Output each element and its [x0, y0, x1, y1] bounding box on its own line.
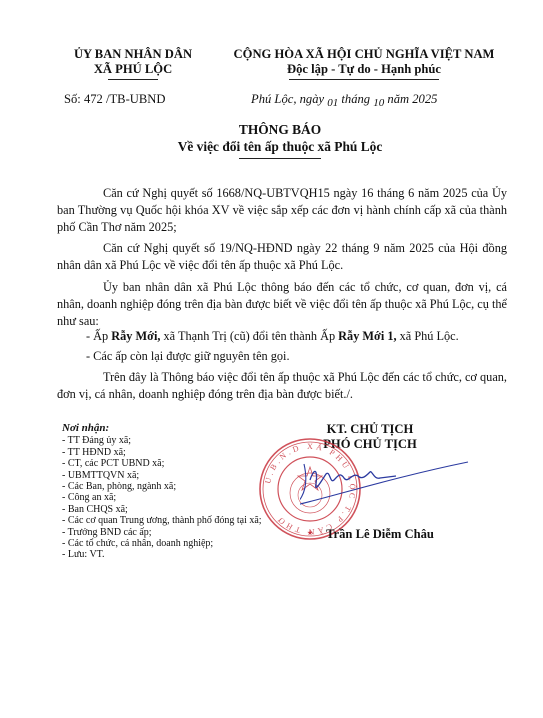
agency-line-1: ỦY BAN NHÂN DÂN [58, 47, 208, 62]
nation-line-1: CỘNG HÒA XÃ HỘI CHỦ NGHĨA VIỆT NAM [218, 47, 510, 62]
national-motto: CỘNG HÒA XÃ HỘI CHỦ NGHĨA VIỆT NAM Độc l… [218, 47, 510, 80]
title-subject: Về việc đổi tên ấp thuộc xã Phú Lộc [40, 138, 520, 155]
title-type: THÔNG BÁO [40, 121, 520, 138]
date-place: Phú Lộc, ngày [251, 92, 327, 106]
motto-underline [289, 79, 439, 80]
paragraph-legal-basis-2: Căn cứ Nghị quyết số 19/NQ-HĐND ngày 22 … [57, 240, 507, 274]
paragraph-announcement: Ủy ban nhân dân xã Phú Lộc thông báo đến… [57, 279, 507, 330]
item-middle: xã Thạnh Trị (cũ) đổi tên thành Ấp [160, 329, 338, 343]
recipient-item: - Các Ban, phòng, ngành xã; [62, 481, 262, 492]
recipient-item: - Công an xã; [62, 492, 262, 503]
handwritten-signature-icon [300, 450, 470, 520]
date-year: năm 2025 [384, 92, 437, 106]
recipient-item: - Trưởng BND các ấp; [62, 527, 262, 538]
recipient-item: - CT, các PCT UBND xã; [62, 458, 262, 469]
recipients-heading: Nơi nhận: [62, 423, 262, 434]
recipients-list: Nơi nhận: - TT Đảng ủy xã; - TT HĐND xã;… [62, 423, 262, 561]
issuing-agency: ỦY BAN NHÂN DÂN XÃ PHÚ LỘC [58, 47, 208, 80]
new-hamlet-name: Rẫy Mới 1, [338, 329, 396, 343]
document-number: Số: 472 /TB-UBND [64, 92, 165, 107]
list-item-rename: - Ấp Rẫy Mới, xã Thạnh Trị (cũ) đổi tên … [86, 328, 459, 345]
signature-line-1: KT. CHỦ TỊCH [300, 422, 440, 437]
date-month-label: tháng [338, 92, 373, 106]
signer-name: Trần Lê Diễm Châu [300, 527, 460, 542]
recipient-item: - TT HĐND xã; [62, 447, 262, 458]
item-prefix: - Ấp [86, 329, 111, 343]
recipient-item: - Các tổ chức, cá nhân, doanh nghiệp; [62, 538, 262, 549]
agency-line-2: XÃ PHÚ LỘC [58, 62, 208, 77]
document-date: Phú Lộc, ngày 01 tháng 10 năm 2025 [251, 92, 437, 107]
recipient-item: - Các cơ quan Trung ương, thành phố đóng… [62, 515, 262, 526]
paragraph-legal-basis-1: Căn cứ Nghị quyết số 1668/NQ-UBTVQH15 ng… [57, 185, 507, 236]
date-day: 01 [327, 97, 338, 109]
item-suffix: xã Phú Lộc. [397, 329, 459, 343]
recipient-item: - Lưu: VT. [62, 549, 262, 560]
old-hamlet-name: Rẫy Mới, [111, 329, 160, 343]
date-month: 10 [373, 97, 384, 109]
nation-line-2: Độc lập - Tự do - Hạnh phúc [218, 62, 510, 77]
agency-underline [108, 79, 158, 80]
list-item-unchanged: - Các ấp còn lại được giữ nguyên tên gọi… [86, 348, 290, 365]
paragraph-closing: Trên đây là Thông báo việc đổi tên ấp th… [57, 369, 507, 403]
recipient-item: - Ban CHQS xã; [62, 504, 262, 515]
title-underline [239, 158, 321, 159]
document-title: THÔNG BÁO Về việc đổi tên ấp thuộc xã Ph… [40, 121, 520, 159]
recipient-item: - TT Đảng ủy xã; [62, 435, 262, 446]
recipient-item: - UBMTTQVN xã; [62, 470, 262, 481]
